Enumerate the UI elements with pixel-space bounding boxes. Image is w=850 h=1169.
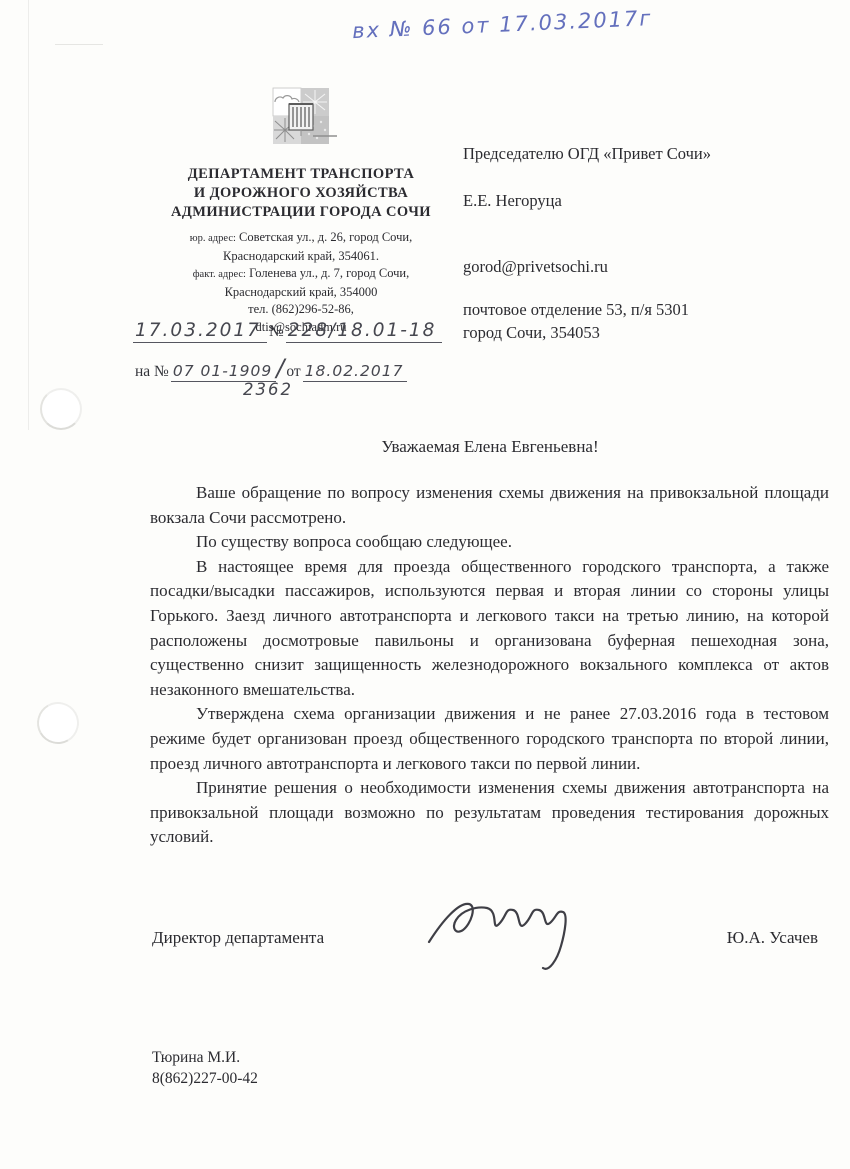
incoming-date-handwritten: 18.02.2017 bbox=[303, 362, 408, 382]
salutation: Уважаемая Елена Евгеньевна! bbox=[150, 437, 830, 457]
actual-address-line1: факт. адрес: Голенева ул., д. 7, город С… bbox=[138, 265, 464, 284]
paragraph: По существу вопроса сообщаю следующее. bbox=[150, 530, 829, 555]
scan-edge-line bbox=[28, 0, 29, 430]
recipient-name: Е.Е. Негоруца bbox=[463, 190, 835, 212]
hole-punch-mark bbox=[40, 388, 82, 430]
executor-phone: 8(862)227-00-42 bbox=[152, 1068, 258, 1089]
handwritten-incoming-note: вх № 66 от 17.03.2017г bbox=[352, 1, 773, 43]
letterhead: ДЕПАРТАМЕНТ ТРАНСПОРТА И ДОРОЖНОГО ХОЗЯЙ… bbox=[138, 86, 464, 336]
scan-corner-line bbox=[55, 44, 103, 45]
outgoing-number-handwritten: 228/18.01-18 bbox=[286, 320, 443, 343]
fraction-slash: / bbox=[276, 354, 284, 382]
executor-block: Тюрина М.И. 8(862)227-00-42 bbox=[152, 1047, 258, 1089]
signer-position: Директор департамента bbox=[152, 928, 324, 948]
incoming-reference-line: на № 07 01-1909 / от 18.02.2017 bbox=[133, 354, 483, 382]
outgoing-date-handwritten: 17.03.2017 bbox=[133, 320, 267, 343]
org-title-line1: ДЕПАРТАМЕНТ ТРАНСПОРТА bbox=[138, 165, 464, 184]
recipient-email: gorod@privetsochi.ru bbox=[463, 256, 835, 278]
handwritten-signature bbox=[425, 880, 600, 985]
scanned-letter-page: вх № 66 от 17.03.2017г bbox=[0, 0, 850, 1169]
legal-address-label: юр. адрес: bbox=[190, 233, 236, 244]
org-phone: тел. (862)296-52-86, bbox=[138, 301, 464, 319]
org-title-line2: И ДОРОЖНОГО ХОЗЯЙСТВА bbox=[138, 184, 464, 203]
reply-to-label: на № bbox=[135, 363, 169, 381]
paragraph: В настоящее время для проезда общественн… bbox=[150, 555, 829, 703]
incoming-number-denominator: 2362 bbox=[243, 380, 483, 399]
signer-name: Ю.А. Усачев bbox=[727, 928, 818, 948]
recipient-postal-line2: город Сочи, 354053 bbox=[463, 322, 835, 344]
actual-address-line2: Краснодарский край, 354000 bbox=[138, 284, 464, 302]
letter-body: Ваше обращение по вопросу изменения схем… bbox=[150, 481, 829, 850]
hole-punch-mark bbox=[32, 697, 83, 748]
recipient-position: Председателю ОГД «Привет Сочи» bbox=[463, 143, 835, 165]
number-sign: № bbox=[269, 323, 284, 341]
recipient-block: Председателю ОГД «Привет Сочи» Е.Е. Него… bbox=[463, 143, 835, 344]
recipient-postal-line1: почтовое отделение 53, п/я 5301 bbox=[463, 299, 835, 321]
reference-block: 17.03.2017 № 228/18.01-18 на № 07 01-190… bbox=[133, 320, 483, 399]
executor-name: Тюрина М.И. bbox=[152, 1047, 258, 1068]
paragraph: Принятие решения о необходимости изменен… bbox=[150, 776, 829, 850]
coat-of-arms-icon bbox=[261, 86, 341, 161]
actual-address-label: факт. адрес: bbox=[193, 269, 246, 280]
legal-address-line2: Краснодарский край, 354061. bbox=[138, 248, 464, 266]
from-label: от bbox=[286, 363, 300, 381]
paragraph: Утверждена схема организации движения и … bbox=[150, 702, 829, 776]
paragraph: Ваше обращение по вопросу изменения схем… bbox=[150, 481, 829, 530]
org-title-line3: АДМИНИСТРАЦИИ ГОРОДА СОЧИ bbox=[138, 203, 464, 222]
incoming-number-handwritten: 07 01-1909 bbox=[171, 362, 276, 382]
outgoing-reference-line: 17.03.2017 № 228/18.01-18 bbox=[133, 320, 483, 343]
legal-address-line1: юр. адрес: Советская ул., д. 26, город С… bbox=[138, 229, 464, 248]
